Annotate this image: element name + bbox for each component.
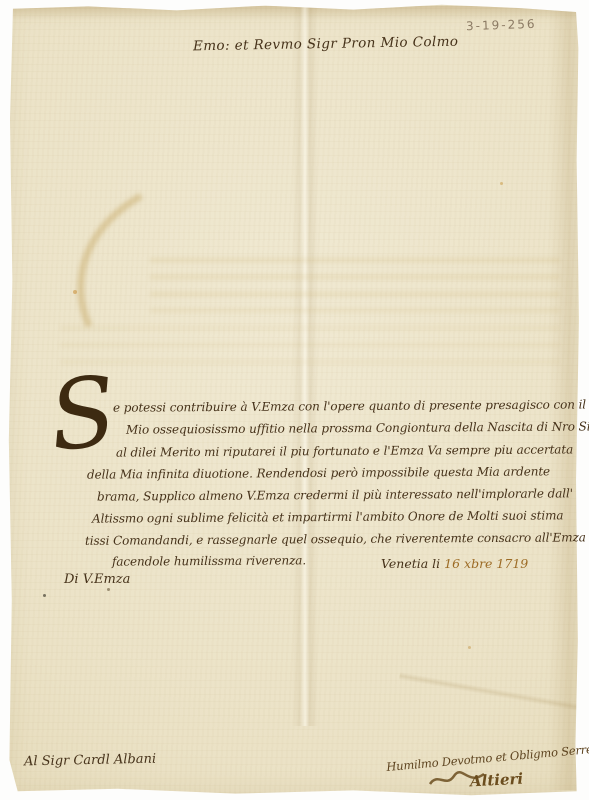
paper-speck [500, 182, 503, 185]
archival-number: 3-19-256 [466, 17, 537, 33]
body-line: facendole humilissma riverenza. [112, 553, 306, 568]
manuscript-scan: 3-19-256 Emo: et Revmo Sigr Pron Mio Col… [0, 0, 589, 800]
ink-showthrough-band [150, 258, 560, 312]
diagonal-crease [399, 672, 589, 716]
address-line: Al Sigr Cardl Albani [24, 752, 156, 770]
paper-speck [73, 290, 77, 294]
dateline: Venetia li 16 xbre 1719 [381, 556, 528, 571]
ink-showthrough-band [60, 326, 560, 364]
signature-name: Altieri [470, 770, 524, 791]
vertical-fold-crease [292, 6, 318, 726]
initial-letter: S [46, 373, 119, 456]
paper-speck [107, 588, 110, 591]
valediction: Di V.Emza [64, 572, 130, 587]
paper-speck [43, 594, 46, 597]
dateline-place: Venetia li [381, 556, 440, 571]
paper-speck [468, 646, 471, 649]
dateline-date: 16 xbre 1719 [444, 556, 528, 571]
showthrough-flourish [55, 188, 175, 338]
